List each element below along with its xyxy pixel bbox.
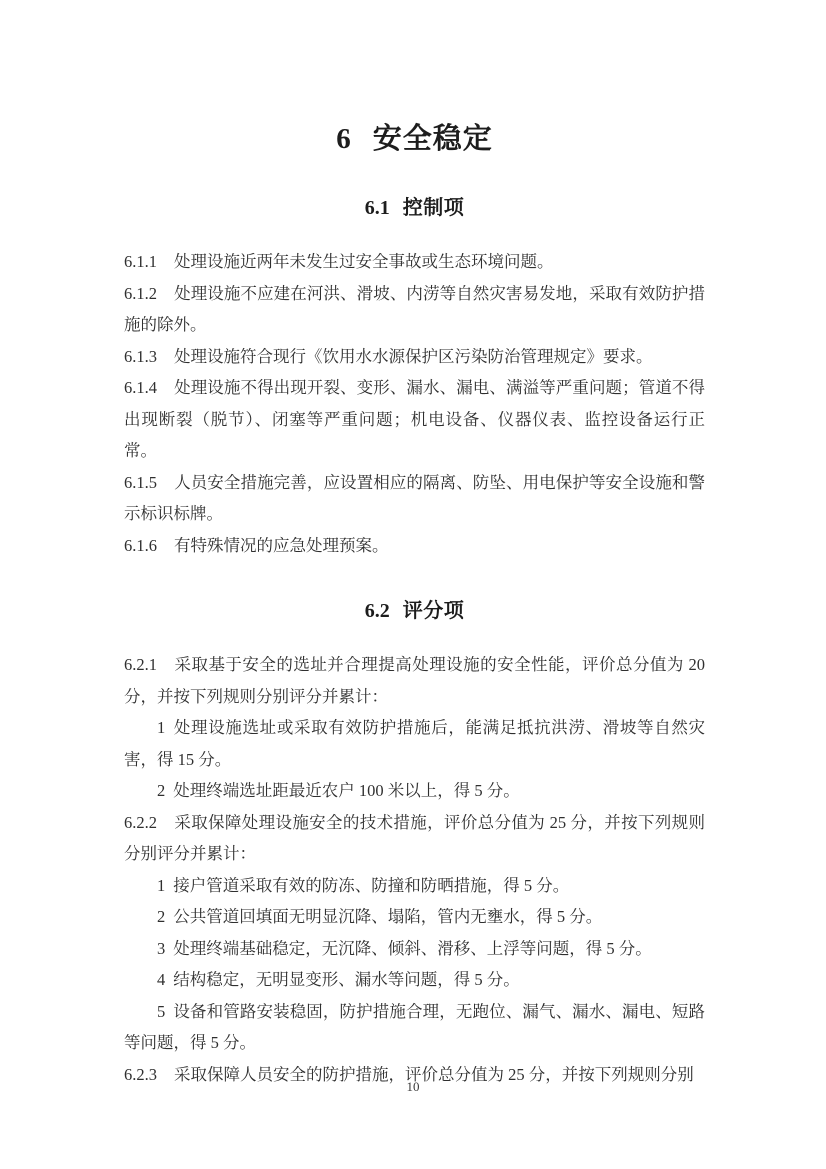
section-number: 6.1 bbox=[365, 197, 390, 219]
section: 6.1控制项6.1.1处理设施近两年未发生过安全事故或生态环境问题。6.1.2处… bbox=[124, 195, 705, 561]
page-footer: 10 bbox=[0, 1079, 826, 1095]
section-heading: 6.1控制项 bbox=[124, 195, 705, 222]
clause-subitem-number: 2 bbox=[157, 907, 165, 926]
chapter-number: 6 bbox=[336, 123, 351, 155]
clause-number: 6.1.3 bbox=[124, 347, 157, 366]
clause-subitem: 2公共管道回填面无明显沉降、塌陷，管内无壅水，得 5 分。 bbox=[124, 901, 705, 933]
section-clauses: 6.1.1处理设施近两年未发生过安全事故或生态环境问题。6.1.2处理设施不应建… bbox=[124, 246, 705, 561]
clause-text: 有特殊情况的应急处理预案。 bbox=[174, 536, 389, 555]
clause: 6.1.4处理设施不得出现开裂、变形、漏水、漏电、满溢等严重问题；管道不得出现断… bbox=[124, 372, 705, 467]
chapter-title-text: 安全稳定 bbox=[373, 123, 493, 155]
clause-subitem-text: 设备和管路安装稳固，防护措施合理，无跑位、漏气、漏水、漏电、短路等问题，得 5 … bbox=[124, 1002, 705, 1053]
clause-text: 处理设施近两年未发生过安全事故或生态环境问题。 bbox=[174, 252, 554, 271]
clause: 6.1.6有特殊情况的应急处理预案。 bbox=[124, 530, 705, 562]
clause-text: 处理设施不得出现开裂、变形、漏水、漏电、满溢等严重问题；管道不得出现断裂（脱节）… bbox=[124, 378, 705, 460]
clause-subitem-number: 1 bbox=[157, 718, 165, 737]
clause-subitem: 1处理设施选址或采取有效防护措施后，能满足抵抗洪涝、滑坡等自然灾害，得 15 分… bbox=[124, 712, 705, 775]
clause-subitem-number: 1 bbox=[157, 876, 165, 895]
clause-number: 6.1.1 bbox=[124, 252, 157, 271]
clause-subitem-text: 处理设施选址或采取有效防护措施后，能满足抵抗洪涝、滑坡等自然灾害，得 15 分。 bbox=[124, 718, 705, 769]
clause: 6.1.5人员安全措施完善，应设置相应的隔离、防坠、用电保护等安全设施和警示标识… bbox=[124, 467, 705, 530]
section-number: 6.2 bbox=[365, 600, 390, 622]
clause-subitem-number: 3 bbox=[157, 939, 165, 958]
clause-subitem-text: 接户管道采取有效的防冻、防撞和防晒措施，得 5 分。 bbox=[173, 876, 569, 895]
clause: 6.1.1处理设施近两年未发生过安全事故或生态环境问题。 bbox=[124, 246, 705, 278]
chapter-title: 6安全稳定 bbox=[124, 120, 705, 158]
clause-subitem-number: 4 bbox=[157, 970, 165, 989]
section-heading: 6.2评分项 bbox=[124, 598, 705, 625]
page-number: 10 bbox=[407, 1079, 420, 1094]
clause-subitem-text: 公共管道回填面无明显沉降、塌陷，管内无壅水，得 5 分。 bbox=[173, 907, 602, 926]
clause-subitem: 4结构稳定，无明显变形、漏水等问题，得 5 分。 bbox=[124, 964, 705, 996]
section-title-text: 评分项 bbox=[403, 600, 465, 622]
clause: 6.1.2处理设施不应建在河洪、滑坡、内涝等自然灾害易发地，采取有效防护措施的除… bbox=[124, 278, 705, 341]
clause-subitem-text: 处理终端选址距最近农户 100 米以上，得 5 分。 bbox=[173, 781, 520, 800]
clause-text: 采取保障处理设施安全的技术措施，评价总分值为 25 分，并按下列规则分别评分并累… bbox=[124, 813, 705, 864]
clause-text: 人员安全措施完善，应设置相应的隔离、防坠、用电保护等安全设施和警示标识标牌。 bbox=[124, 473, 705, 524]
clause-text: 采取基于安全的选址并合理提高处理设施的安全性能，评价总分值为 20 分，并按下列… bbox=[124, 655, 705, 706]
clause-number: 6.1.5 bbox=[124, 473, 157, 492]
clause-subitem-text: 处理终端基础稳定，无沉降、倾斜、滑移、上浮等问题，得 5 分。 bbox=[173, 939, 652, 958]
clause: 6.2.2采取保障处理设施安全的技术措施，评价总分值为 25 分，并按下列规则分… bbox=[124, 807, 705, 870]
clause-subitem: 5设备和管路安装稳固，防护措施合理，无跑位、漏气、漏水、漏电、短路等问题，得 5… bbox=[124, 996, 705, 1059]
clause-number: 6.2.2 bbox=[124, 813, 157, 832]
clause-number: 6.1.2 bbox=[124, 284, 157, 303]
clause-subitem-text: 结构稳定，无明显变形、漏水等问题，得 5 分。 bbox=[173, 970, 520, 989]
section-clauses: 6.2.1采取基于安全的选址并合理提高处理设施的安全性能，评价总分值为 20 分… bbox=[124, 649, 705, 1090]
document-sections: 6.1控制项6.1.1处理设施近两年未发生过安全事故或生态环境问题。6.1.2处… bbox=[124, 195, 705, 1090]
clause-number: 6.1.4 bbox=[124, 378, 157, 397]
clause-number: 6.2.1 bbox=[124, 655, 157, 674]
clause: 6.1.3处理设施符合现行《饮用水水源保护区污染防治管理规定》要求。 bbox=[124, 341, 705, 373]
clause-subitem: 2处理终端选址距最近农户 100 米以上，得 5 分。 bbox=[124, 775, 705, 807]
clause-subitem: 3处理终端基础稳定，无沉降、倾斜、滑移、上浮等问题，得 5 分。 bbox=[124, 933, 705, 965]
document-content: 6安全稳定 6.1控制项6.1.1处理设施近两年未发生过安全事故或生态环境问题。… bbox=[0, 0, 826, 1090]
clause-text: 处理设施符合现行《饮用水水源保护区污染防治管理规定》要求。 bbox=[174, 347, 653, 366]
document-page: 6安全稳定 6.1控制项6.1.1处理设施近两年未发生过安全事故或生态环境问题。… bbox=[0, 0, 826, 1169]
clause-subitem-number: 5 bbox=[157, 1002, 165, 1021]
clause-text: 处理设施不应建在河洪、滑坡、内涝等自然灾害易发地，采取有效防护措施的除外。 bbox=[124, 284, 705, 335]
clause-number: 6.1.6 bbox=[124, 536, 157, 555]
clause: 6.2.1采取基于安全的选址并合理提高处理设施的安全性能，评价总分值为 20 分… bbox=[124, 649, 705, 712]
section-title-text: 控制项 bbox=[403, 197, 465, 219]
clause-subitem: 1接户管道采取有效的防冻、防撞和防晒措施，得 5 分。 bbox=[124, 870, 705, 902]
section: 6.2评分项6.2.1采取基于安全的选址并合理提高处理设施的安全性能，评价总分值… bbox=[124, 598, 705, 1090]
clause-subitem-number: 2 bbox=[157, 781, 165, 800]
